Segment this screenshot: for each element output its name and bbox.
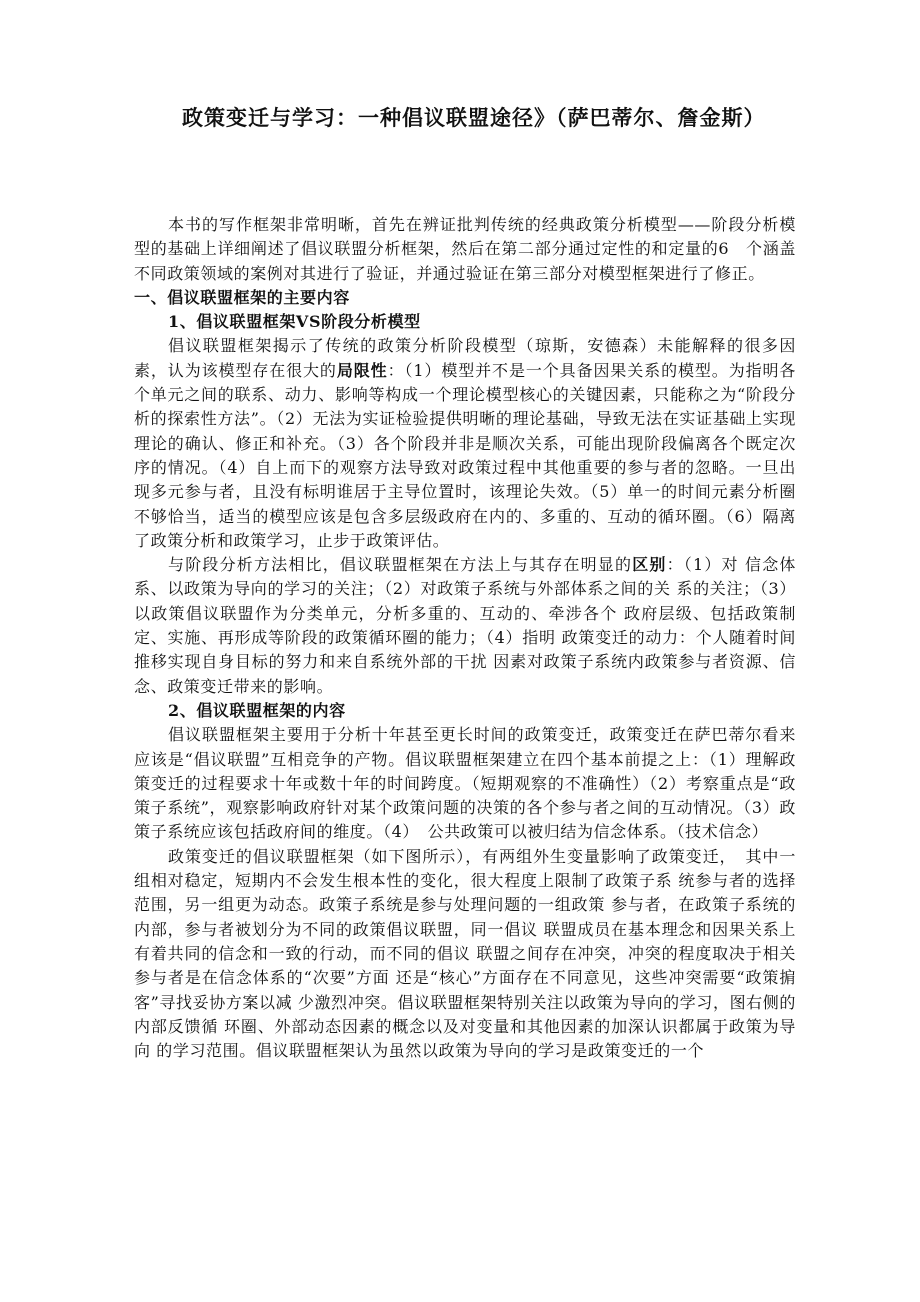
subsection-heading: 2、倡议联盟框架的内容 <box>134 699 796 723</box>
document-title: 政策变迁与学习：一种倡议联盟途径》（萨巴蒂尔、詹金斯） <box>134 103 796 133</box>
paragraph-text: ：（1）对 信念体系、以政策为导向的学习的关注；（2）对政策子系统与外部体系之间… <box>134 555 796 695</box>
section-heading: 一、倡议联盟框架的主要内容 <box>134 286 796 310</box>
differences-paragraph: 与阶段分析方法相比，倡议联盟框架在方法上与其存在明显的区别：（1）对 信念体系、… <box>134 553 796 699</box>
bold-term-differences: 区别 <box>632 555 666 574</box>
premises-paragraph: 倡议联盟框架主要用于分析十年甚至更长时间的政策变迁，政策变迁在萨巴蒂尔看来应该是… <box>134 723 796 844</box>
paragraph-text: ：（1）模型并不是一个具备因果关系的模型。为指明各个单元之间的联系、动力、影响等… <box>134 361 796 550</box>
intro-paragraph: 本书的写作框架非常明晰，首先在辨证批判传统的经典政策分析模型——阶段分析模型的基… <box>134 213 796 286</box>
framework-paragraph: 政策变迁的倡议联盟框架（如下图所示），有两组外生变量影响了政策变迁， 其中一组相… <box>134 845 796 1064</box>
bold-term-limitations: 局限性 <box>337 361 388 380</box>
limitations-paragraph: 倡议联盟框架揭示了传统的政策分析阶段模型（琼斯，安德森）未能解释的很多因素，认为… <box>134 334 796 553</box>
document-body: 本书的写作框架非常明晰，首先在辨证批判传统的经典政策分析模型——阶段分析模型的基… <box>134 213 796 1063</box>
paragraph-text: 与阶段分析方法相比，倡议联盟框架在方法上与其存在明显的 <box>168 555 632 574</box>
subsection-heading: 1、倡议联盟框架VS阶段分析模型 <box>134 310 796 334</box>
